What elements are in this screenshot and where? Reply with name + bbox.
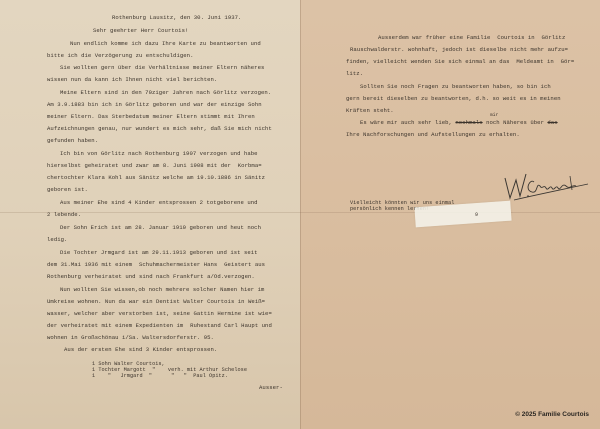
letter-line: Die Tochter Jrmgard ist am 29.11.1913 ge… <box>60 249 258 256</box>
letter-line-text: noch Näheres über <box>483 119 548 126</box>
letter-line: ledig. <box>47 236 67 243</box>
struck-word: nochmals <box>455 119 482 126</box>
letter-line: Es wäre mir auch sehr lieb, nochmals noc… <box>360 119 558 126</box>
letter-line: Nun wollten Sie wissen,ob noch mehrere s… <box>60 286 264 293</box>
letter-line: Am 3.9.1883 bin ich in Görlitz geboren u… <box>47 101 262 108</box>
letter-line: Sollten Sie noch Fragen zu beantworten h… <box>360 83 551 90</box>
letter-line: Nun endlich komme ich dazu Ihre Karte zu… <box>70 40 261 47</box>
letter-line: Ich bin von Görlitz nach Rothenburg 1907… <box>60 150 258 157</box>
letter-line: gefunden haben. <box>47 137 98 144</box>
letter-line: Aus meiner Ehe sind 4 Kinder entsprossen… <box>60 199 258 206</box>
letter-line-text: Es wäre mir auch sehr lieb, <box>360 119 455 126</box>
letter-line: geboren ist. <box>47 186 88 193</box>
letter-line: der verheiratet mit einem Expedienten im… <box>47 322 272 329</box>
letter-line: meiner Eltern. Das Sterbedatum meiner El… <box>47 113 255 120</box>
letter-line: Meine Eltern sind in den 70ziger Jahren … <box>60 89 271 96</box>
letter-line: Kräften steht. <box>346 107 394 114</box>
letter-line: Sie wollten gern über die Verhältnisse m… <box>60 64 264 71</box>
letter-line: Der Sohn Erich ist am 28. Januar 1910 ge… <box>60 224 261 231</box>
place-date: Rothenburg Lausitz, den 30. Juni 1937. <box>112 14 241 21</box>
letter-line: wissen nun da kann ich Ihnen nicht viel … <box>47 76 217 83</box>
letter-line: Umkreise wohnen. Nun da war ein Dentist … <box>47 298 265 305</box>
paper-fold-vertical <box>300 0 301 429</box>
letter-line: chertochter Klara Kohl aus Sänitz welche… <box>47 174 265 181</box>
letter-line: dem 31.Mai 1936 mit einem Schuhmachermei… <box>47 261 265 268</box>
inserted-word: mir <box>490 112 498 119</box>
letter-line: Rothenburg verheiratet und sind nach Fra… <box>47 273 255 280</box>
letter-line: 2 lebende. <box>47 211 81 218</box>
letter-line: gern bereit dieselben zu beantworten, d.… <box>346 95 561 102</box>
letter-line: wohnen in Großschönau i/Sa. Waltersdorfe… <box>47 334 214 341</box>
letter-line: Aufzeichnungen genau, nur wundert es mic… <box>47 125 272 132</box>
letter-line: finden, vielleicht wenden Sie sich einma… <box>346 58 574 65</box>
letter-line: Rauschwalderstr. wohnhaft, jedoch ist di… <box>350 46 568 53</box>
letter-line: wasser, welcher aber verstorben ist, sei… <box>47 310 272 317</box>
struck-word: das <box>547 119 557 126</box>
tape-page-number: 9 <box>475 212 478 219</box>
continuation-word: Ausser- <box>259 384 283 391</box>
letter-line: hierselbst geheiratet und zwar am 8. Jun… <box>47 162 262 169</box>
letter-line: Ausserdem war früher eine Familie Courto… <box>378 34 565 41</box>
salutation: Sehr geehrter Herr Courtois! <box>93 27 188 34</box>
children-list-item: 1 " Jrmgard " " " Paul Opitz. <box>92 373 228 379</box>
handwritten-signature <box>500 168 590 204</box>
letter-line: litz. <box>346 70 363 77</box>
copyright-notice: © 2025 Familie Courtois <box>515 411 589 418</box>
letter-line: Aus der ersten Ehe sind 3 Kinder entspro… <box>64 346 217 353</box>
letter-line: bitte ich die Verzögerung zu entschuldig… <box>47 52 194 59</box>
letter-line: Ihre Nachforschungen und Aufstellungen z… <box>346 131 520 138</box>
